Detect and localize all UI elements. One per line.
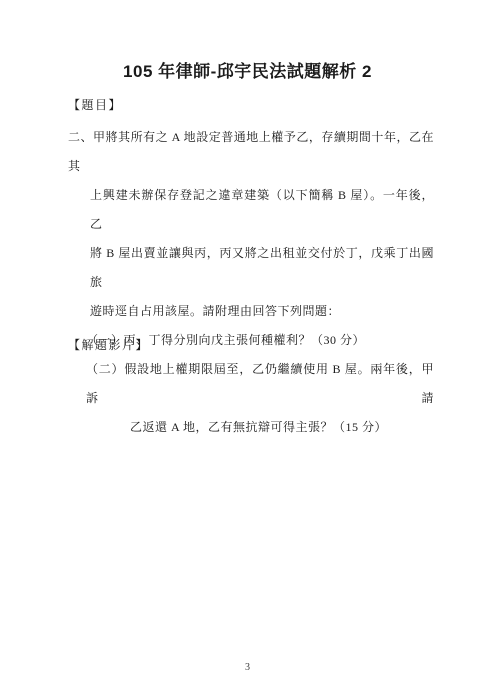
question-line-7: 乙返還 A 地，乙有無抗辯可得主張？（15 分）	[68, 413, 434, 442]
question-line-1: 二、甲將其所有之 A 地設定普通地上權予乙，存續期間十年，乙在其	[68, 123, 434, 181]
question-line-3: 將 B 屋出賣並讓與丙，丙又將之出租並交付於丁，戊乘丁出國旅	[68, 239, 434, 297]
page-title: 105 年律師-邱宇民法試題解析 2	[0, 57, 495, 82]
question-line-4: 遊時逕自占用該屋。請附理由回答下列問題：	[68, 297, 434, 326]
document-page: 105 年律師-邱宇民法試題解析 2 【題目】 二、甲將其所有之 A 地設定普通…	[0, 0, 495, 700]
question-line-6: （二）假設地上權期限屆至，乙仍繼續使用 B 屋。兩年後，甲訴請	[68, 355, 434, 413]
question-body: 二、甲將其所有之 A 地設定普通地上權予乙，存續期間十年，乙在其 上興建未辦保存…	[68, 123, 434, 442]
question-line-2: 上興建未辦保存登記之違章建築（以下簡稱 B 屋）。一年後，乙	[68, 181, 434, 239]
video-section-label: 【解題影片】	[68, 336, 149, 353]
page-number: 3	[0, 662, 495, 673]
question-section-label: 【題目】	[68, 96, 122, 113]
